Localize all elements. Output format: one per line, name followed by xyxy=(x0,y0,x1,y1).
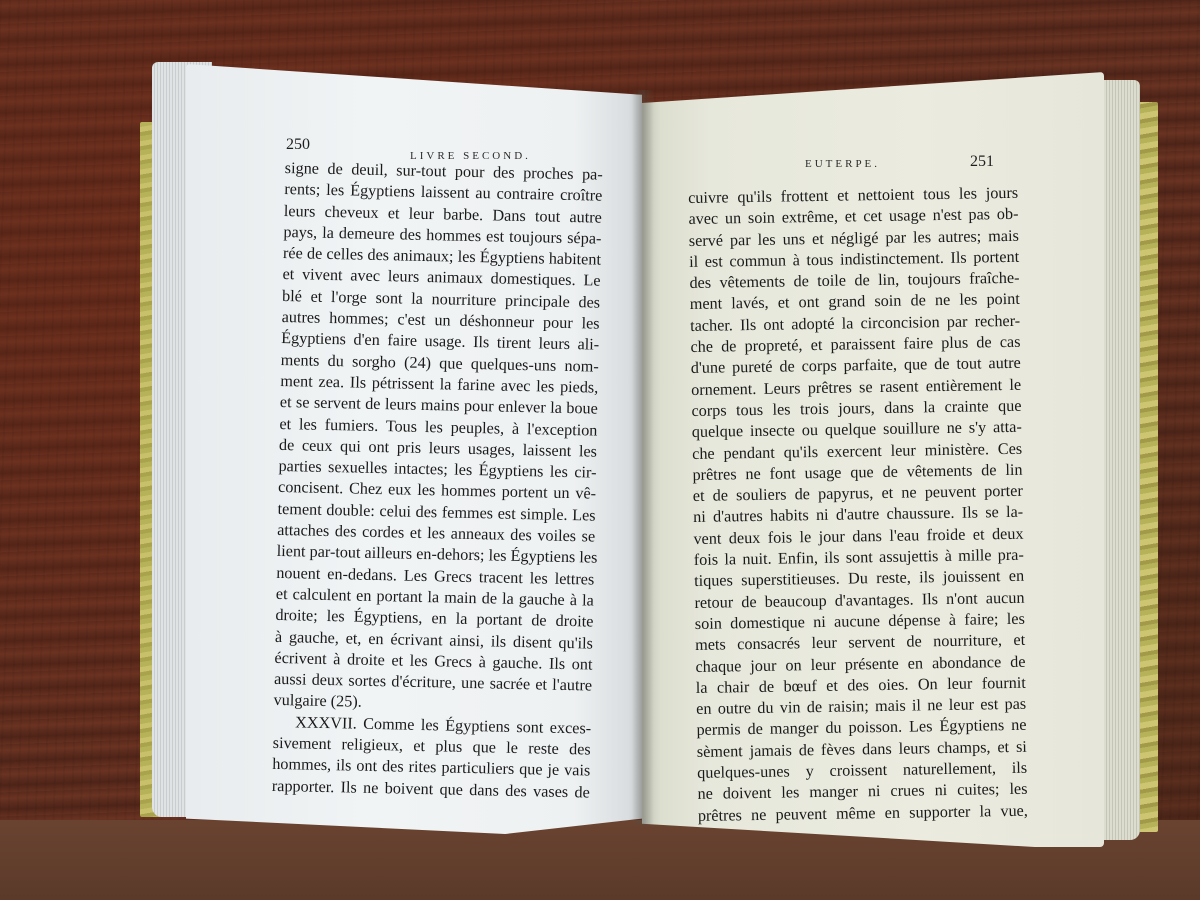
right-page-number: 251 xyxy=(970,153,994,171)
left-page-text: signe de deuil, sur-tout pour des proche… xyxy=(272,158,603,803)
book-gutter xyxy=(632,90,654,825)
right-running-head: EUTERPE. xyxy=(805,158,880,170)
right-page-text: cuivre qu'ils frottent et nettoient tous… xyxy=(688,183,1028,827)
left-page-number: 250 xyxy=(286,136,310,154)
